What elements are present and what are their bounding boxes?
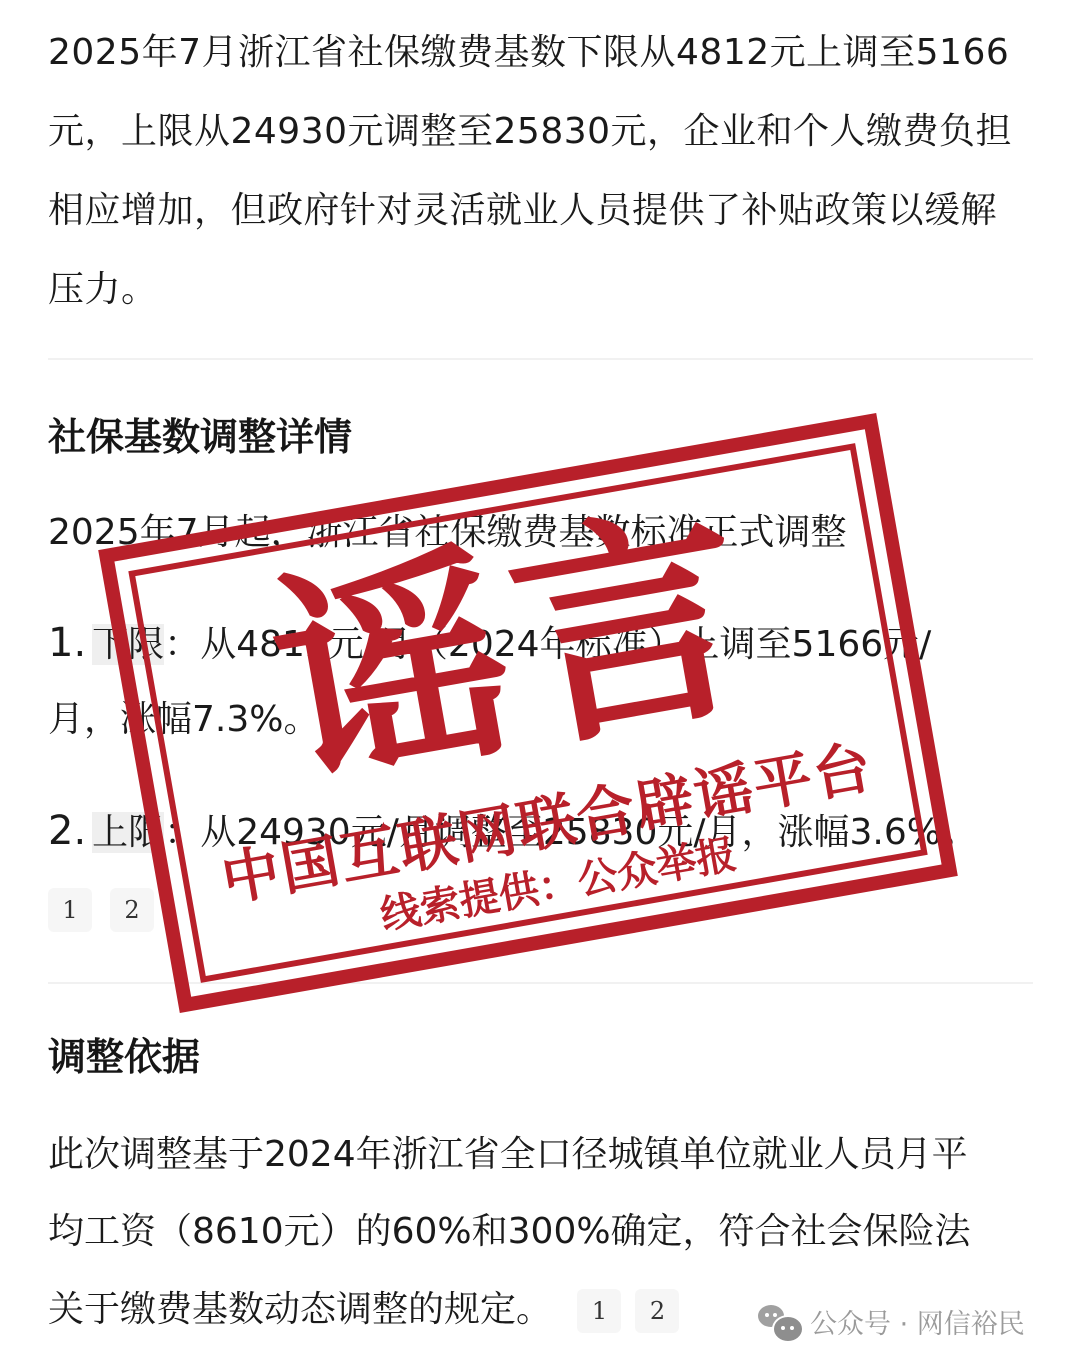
intro-paragraph: 2025年7月浙江省社保缴费基数下限从4812元上调至5166元，上限从2493… — [48, 13, 1033, 329]
section-heading-basis: 调整依据 — [48, 1032, 200, 1082]
divider — [48, 358, 1033, 360]
wechat-watermark: 公众号 · 网信裕民 — [758, 1302, 1025, 1341]
basis-line-1: 此次调整基于2024年浙江省全口径城镇单位就业人员月平 — [48, 1130, 968, 1180]
citations-section2: 1 2 — [577, 1289, 679, 1333]
citation-badge[interactable]: 1 — [577, 1289, 621, 1333]
wechat-icon — [758, 1305, 802, 1339]
citation-badge[interactable]: 2 — [635, 1289, 679, 1333]
citations-section1: 1 2 — [48, 888, 154, 932]
basis-line-2: 均工资（8610元）的60%和300%确定，符合社会保险法 — [48, 1207, 971, 1257]
list-number: 1. — [48, 620, 86, 666]
rumor-stamp: 谣言 中国互联网联合辟谣平台 线索提供：公众举报 — [98, 413, 958, 1013]
list-number: 2. — [48, 808, 86, 854]
basis-line-3-text: 关于缴费基数动态调整的规定。 — [48, 1289, 552, 1330]
citation-badge[interactable]: 2 — [110, 888, 154, 932]
citation-badge[interactable]: 1 — [48, 888, 92, 932]
section-heading-details: 社保基数调整详情 — [48, 412, 352, 462]
watermark-text: 公众号 · 网信裕民 — [810, 1302, 1025, 1341]
basis-line-3: 关于缴费基数动态调整的规定。 1 2 — [48, 1285, 679, 1335]
